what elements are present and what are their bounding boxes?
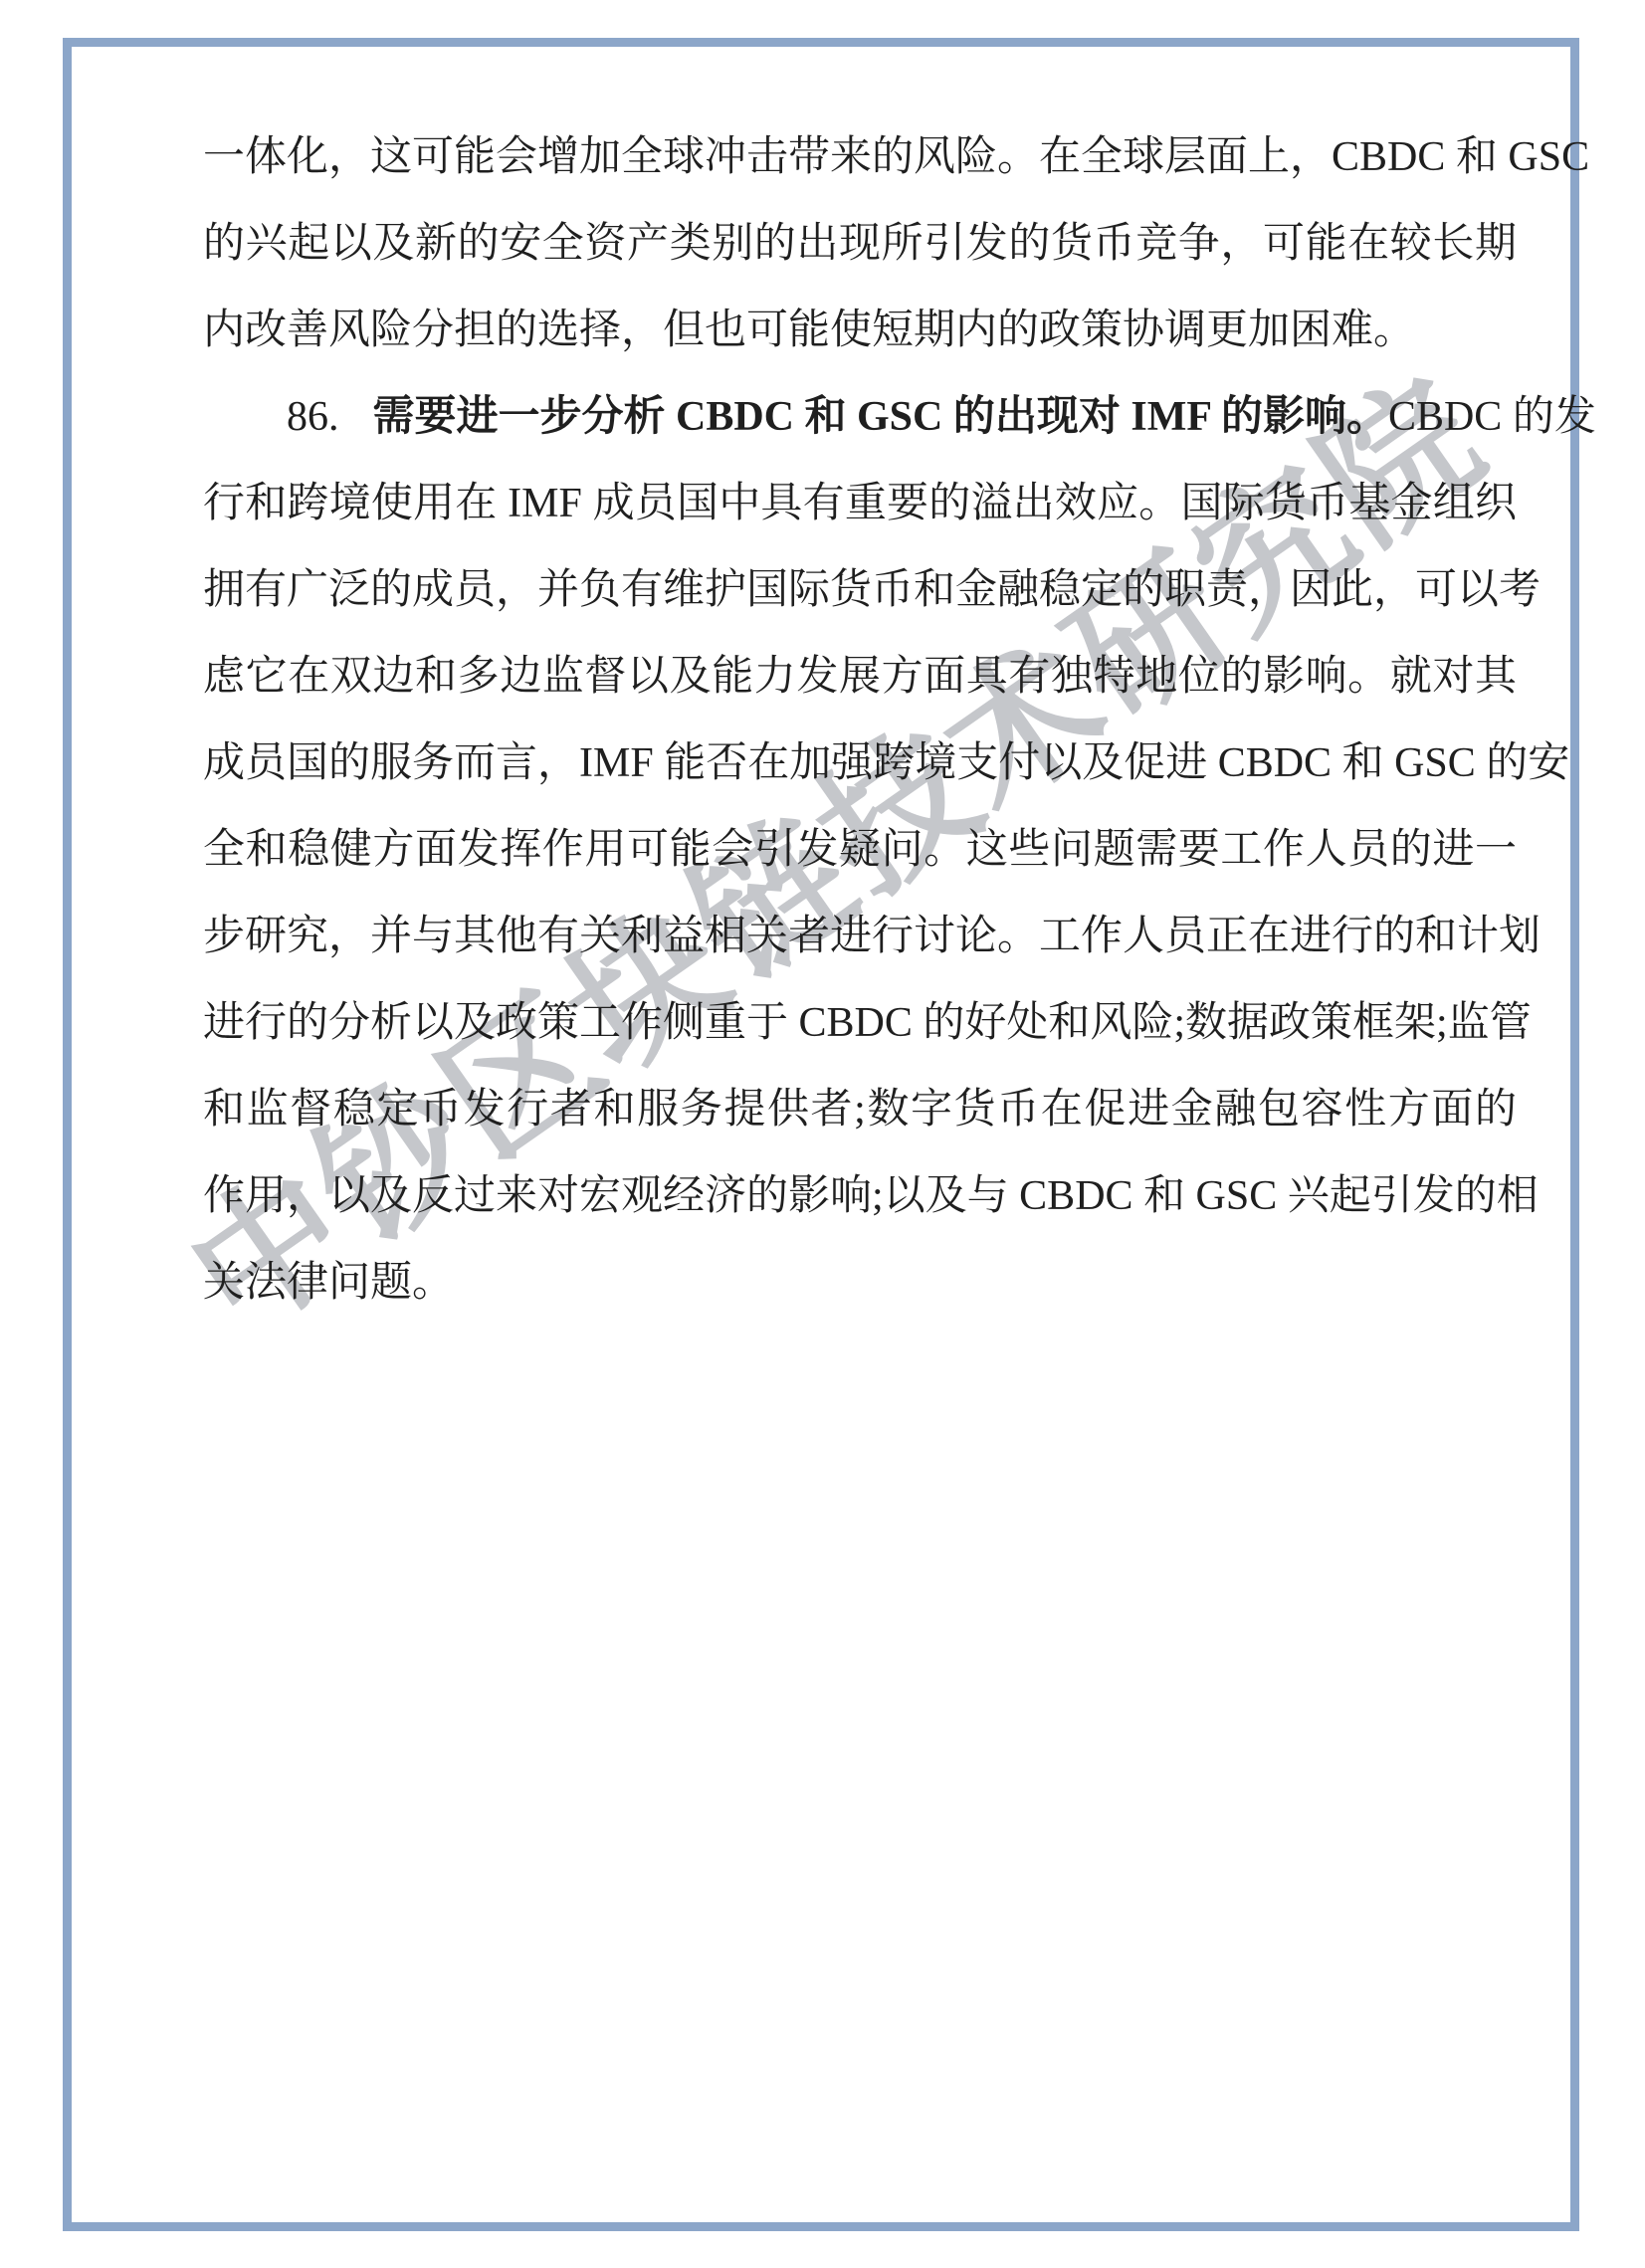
text-line: 虑它在双边和多边监督以及能力发展方面具有独特地位的影响。就对其	[203, 634, 1517, 721]
document-text-block: 一体化，这可能会增加全球冲击带来的风险。在全球层面上，CBDC 和 GSC 的兴…	[203, 114, 1517, 1327]
text-line: 内改善风险分担的选择，但也可能使短期内的政策协调更加困难。	[203, 288, 1517, 374]
paragraph-text-segment: CBDC 的发	[1388, 394, 1596, 440]
text-line: 的兴起以及新的安全资产类别的出现所引发的货币竞争，可能在较长期	[203, 201, 1517, 288]
paragraph-heading-bold: 需要进一步分析 CBDC 和 GSC 的出现对 IMF 的影响。	[373, 394, 1388, 440]
text-line: 行和跨境使用在 IMF 成员国中具有重要的溢出效应。国际货币基金组织	[203, 461, 1517, 547]
text-line: 成员国的服务而言，IMF 能否在加强跨境支付以及促进 CBDC 和 GSC 的安	[203, 721, 1517, 807]
paragraph-1: 一体化，这可能会增加全球冲击带来的风险。在全球层面上，CBDC 和 GSC 的兴…	[203, 114, 1517, 374]
text-line: 一体化，这可能会增加全球冲击带来的风险。在全球层面上，CBDC 和 GSC	[203, 114, 1517, 201]
text-line: 作用，以及反过来对宏观经济的影响;以及与 CBDC 和 GSC 兴起引发的相	[203, 1153, 1517, 1240]
text-line: 拥有广泛的成员，并负有维护国际货币和金融稳定的职责，因此，可以考	[203, 547, 1517, 634]
text-line: 关法律问题。	[203, 1240, 1517, 1327]
list-number: 86.	[287, 394, 339, 440]
text-line: 全和稳健方面发挥作用可能会引发疑问。这些问题需要工作人员的进一	[203, 807, 1517, 894]
paragraph-2: 86.需要进一步分析 CBDC 和 GSC 的出现对 IMF 的影响。CBDC …	[203, 374, 1517, 1327]
text-line: 和监督稳定币发行者和服务提供者;数字货币在促进金融包容性方面的	[203, 1067, 1517, 1153]
text-line: 步研究，并与其他有关利益相关者进行讨论。工作人员正在进行的和计划	[203, 894, 1517, 980]
text-line: 86.需要进一步分析 CBDC 和 GSC 的出现对 IMF 的影响。CBDC …	[203, 374, 1517, 461]
text-line: 进行的分析以及政策工作侧重于 CBDC 的好处和风险;数据政策框架;监管	[203, 980, 1517, 1067]
scanned-document-page: { "page": { "border_color": "#8ca6c9", "…	[0, 0, 1645, 2268]
